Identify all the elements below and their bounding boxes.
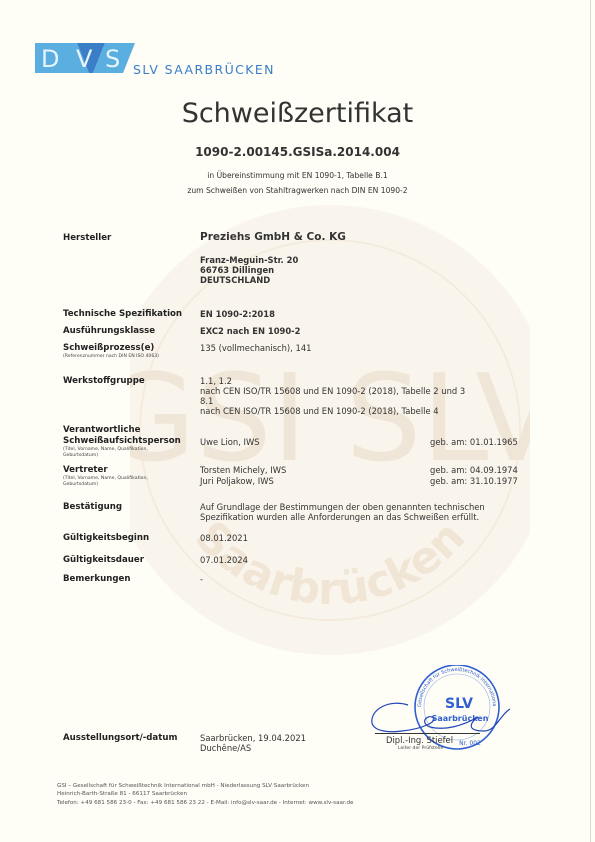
werkstoff-line-1: 1.1, 1.2 (200, 376, 232, 387)
label-bemerkungen: Bemerkungen (63, 574, 130, 585)
signer-role: Leiter der Prüfstelle (398, 746, 443, 751)
value-technische-spezifikation: EN 1090-2:2018 (200, 309, 275, 320)
value-gueltigkeitsdauer: 07.01.2024 (200, 555, 248, 566)
document-title: Schweißzertifikat (0, 98, 595, 129)
label-gueltigkeitsdauer: Gültigkeitsdauer (63, 555, 144, 566)
logo-letter-s: S (105, 45, 120, 73)
confirmation-line-1: Auf Grundlage der Bestimmungen der oben … (200, 502, 485, 513)
issue-clerk: Duchêne/AS (200, 743, 251, 754)
label-schweissprozess-note: (Referenznummer nach DIN EN ISO 4063) (63, 354, 159, 360)
label-aufsichtsperson-line-2: Schweißaufsichtsperson (63, 436, 181, 447)
label-ausfuehrungsklasse: Ausführungsklasse (63, 326, 155, 337)
label-ausstellung: Ausstellungsort/-datum (63, 733, 177, 744)
deputy-2-name: Juri Poljakow, IWS (200, 476, 274, 487)
value-schweissprozess: 135 (vollmechanisch), 141 (200, 343, 312, 354)
scope-line: zum Schweißen von Stahltragwerken nach D… (0, 186, 595, 195)
deputy-1-name: Torsten Michely, IWS (200, 465, 286, 476)
dvs-logo: D V S (35, 43, 135, 71)
deputy-2-birthdate: geb. am: 31.10.1977 (430, 476, 518, 487)
supervisor-name: Uwe Lion, IWS (200, 437, 260, 448)
werkstoff-line-3: 8.1 (200, 396, 213, 407)
signature-line (375, 733, 480, 734)
label-hersteller: Hersteller (63, 233, 111, 244)
label-vertreter-note-2: Geburtsdatum) (63, 482, 148, 488)
confirmation-line-2: Spezifikation wurden alle Anforderungen … (200, 512, 479, 523)
svg-text:GSI – Gesellschaft für Schweiß: GSI – Gesellschaft für Schweißtechnik In… (360, 665, 497, 707)
value-ausfuehrungsklasse: EXC2 nach EN 1090-2 (200, 326, 300, 337)
stamp-number: Nr. 002 (459, 740, 481, 747)
label-aufsichtsperson: Verantwortliche Schweißaufsichtsperson (… (63, 425, 181, 458)
label-gueltigkeitsbeginn: Gültigkeitsbeginn (63, 533, 149, 544)
value-bemerkungen: - (200, 574, 203, 585)
logo-letter-d: D (41, 45, 59, 73)
logo-letter-v: V (76, 45, 93, 73)
conformity-line: in Übereinstimmung mit EN 1090-1, Tabell… (0, 171, 595, 180)
footer: GSI – Gesellschaft für Schweißtechnik In… (57, 782, 354, 807)
footer-address: Heinrich-Barth-Straße 81 - 66117 Saarbrü… (57, 790, 354, 798)
label-technische-spezifikation: Technische Spezifikation (63, 309, 182, 320)
label-bestaetigung: Bestätigung (63, 502, 122, 513)
label-werkstoffgruppe: Werkstoffgruppe (63, 376, 145, 387)
label-vertreter-note-1: (Titel, Vorname, Name, Qualifikation, (63, 476, 148, 482)
manufacturer-country: DEUTSCHLAND (200, 275, 270, 286)
stamp-center-text: SLV (445, 696, 473, 712)
manufacturer-name: Preziehs GmbH & Co. KG (200, 232, 346, 243)
issue-place-date: Saarbrücken, 19.04.2021 (200, 733, 306, 744)
supervisor-birthdate: geb. am: 01.01.1965 (430, 437, 518, 448)
manufacturer-street: Franz-Meguin-Str. 20 (200, 255, 298, 266)
label-vertreter-text: Vertreter (63, 465, 148, 476)
label-schweissprozess: Schweißprozess(e) (Referenznummer nach D… (63, 343, 159, 360)
werkstoff-line-2: nach CEN ISO/TR 15608 und EN 1090-2 (201… (200, 386, 465, 397)
deputy-1-birthdate: geb. am: 04.09.1974 (430, 465, 518, 476)
certificate-number: 1090-2.00145.GSISa.2014.004 (0, 145, 595, 159)
label-aufsichtsperson-note-2: Geburtsdatum) (63, 453, 181, 459)
value-gueltigkeitsbeginn: 08.01.2021 (200, 533, 248, 544)
footer-company: GSI – Gesellschaft für Schweißtechnik In… (57, 782, 354, 790)
label-aufsichtsperson-line-1: Verantwortliche (63, 425, 181, 436)
watermark-seal: GSI SLV Saarbrücken (130, 170, 530, 690)
logo-subtitle: SLV SAARBRÜCKEN (133, 62, 275, 77)
footer-contact: Telefon: +49 681 586 23-0 - Fax: +49 681… (57, 799, 354, 807)
stamp-city-text: Saarbrücken (432, 714, 489, 723)
signer-name: Dipl.-Ing. Stiefel (386, 735, 453, 745)
label-schweissprozess-text: Schweißprozess(e) (63, 343, 154, 353)
manufacturer-city: 66763 Dillingen (200, 265, 274, 276)
label-vertreter: Vertreter (Titel, Vorname, Name, Qualifi… (63, 465, 148, 487)
werkstoff-line-4: nach CEN ISO/TR 15608 und EN 1090-2 (201… (200, 406, 439, 417)
